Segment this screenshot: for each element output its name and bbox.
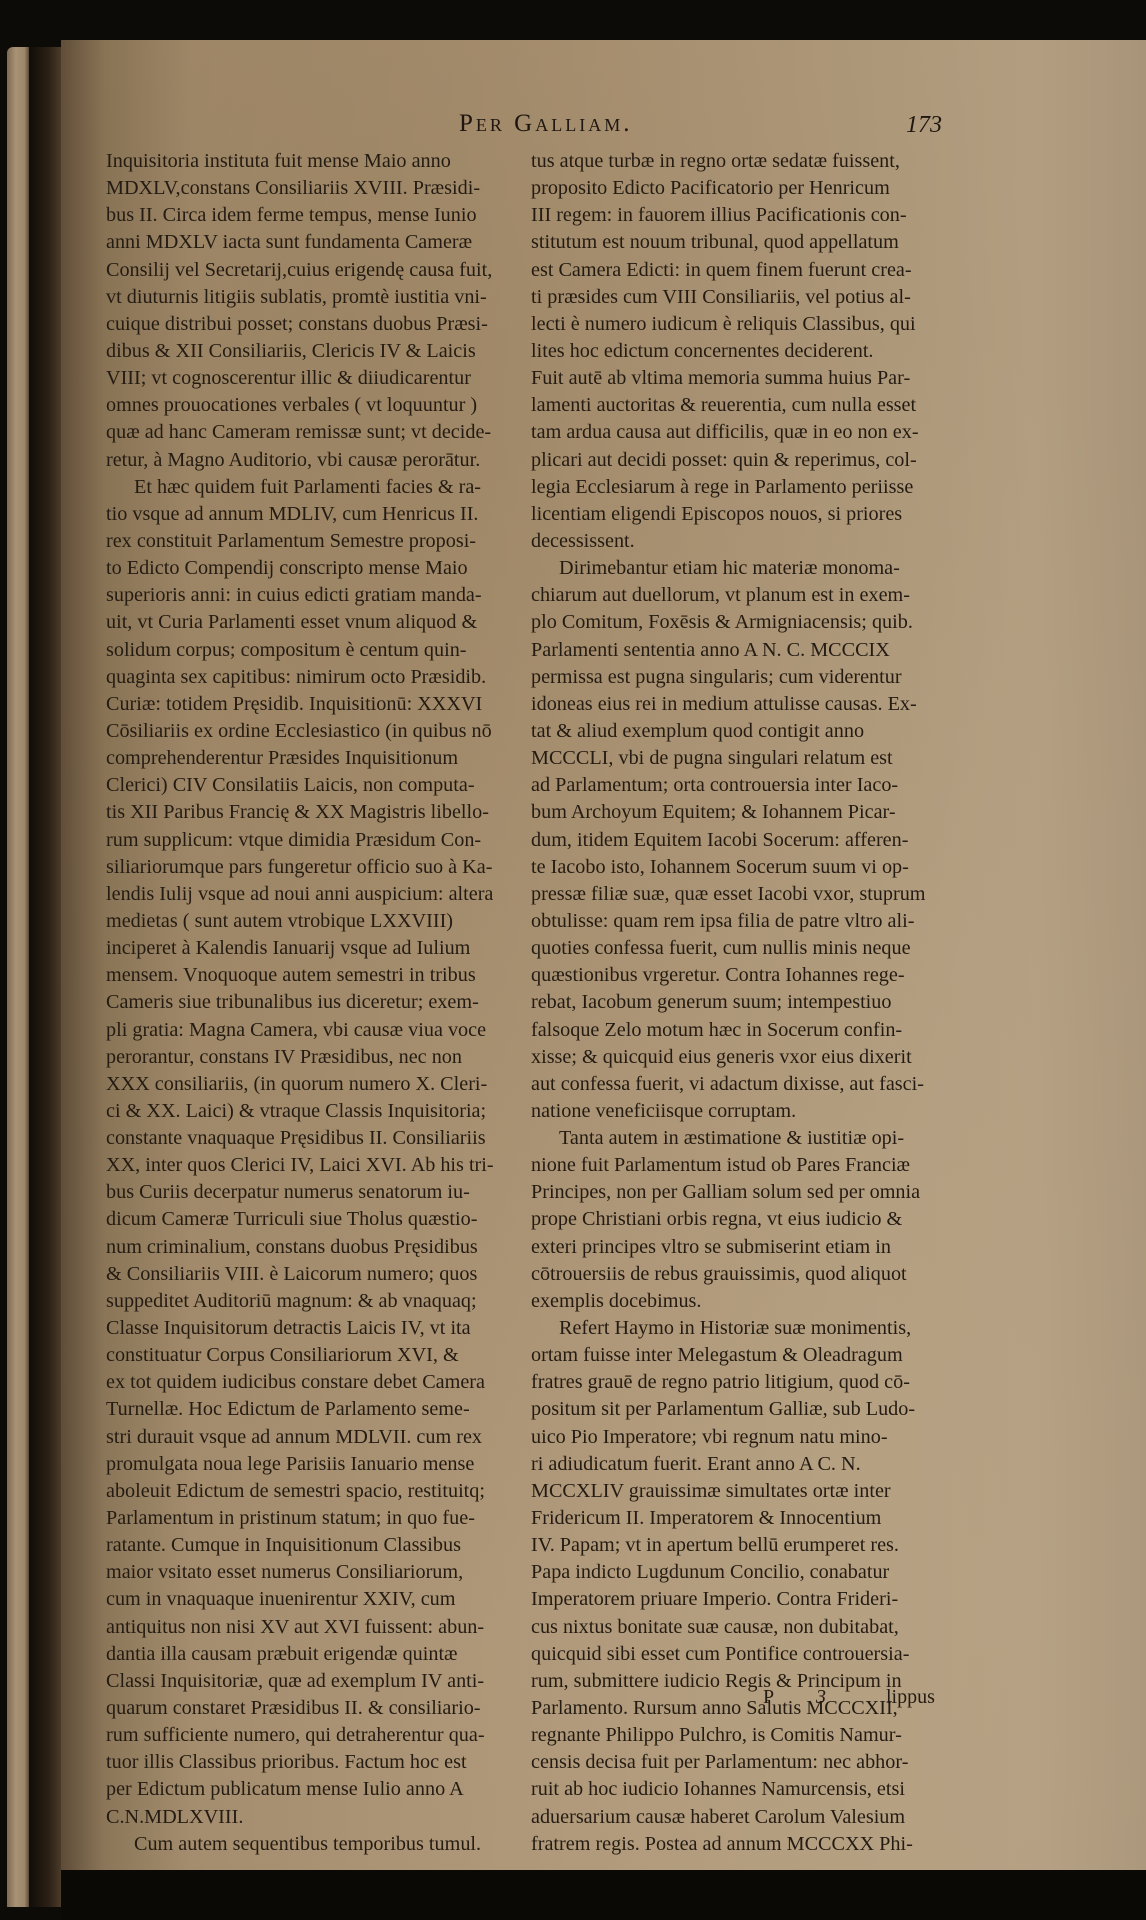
text-line: antiquitus non nisi XV aut XVI fuissent:…: [106, 1614, 516, 1641]
text-line: dibus & XII Consiliariis, Clericis IV & …: [106, 338, 516, 365]
running-title: Per Galliam.: [459, 110, 632, 138]
text-line: Cōsiliariis ex ordine Ecclesiastico (in …: [106, 718, 516, 745]
text-line: lendis Iulij vsque ad noui anni auspiciu…: [106, 881, 516, 908]
text-line: Inquisitoria instituta fuit mense Maio a…: [106, 148, 516, 175]
text-line: Fridericum II. Imperatorem & Innocentium: [531, 1505, 951, 1532]
text-line: ci & XX. Laici) & vtraque Classis Inquis…: [106, 1098, 516, 1125]
text-line: maior vsitato esset numerus Consiliarior…: [106, 1559, 516, 1586]
text-line: ad Parlamentum; orta controuersia inter …: [531, 772, 951, 799]
book-gutter-shadow: [29, 47, 61, 1907]
text-line: stitutum est nouum tribunal, quod appell…: [531, 229, 951, 256]
text-line: rex constituit Parlamentum Semestre prop…: [106, 528, 516, 555]
text-line: positum sit per Parlamentum Galliæ, sub …: [531, 1396, 951, 1423]
book-page: Per Galliam. 173 Inquisitoria instituta …: [61, 40, 1146, 1870]
text-line: retur, à Magno Auditorio, vbi causæ pero…: [106, 447, 516, 474]
text-line: uit, vt Curia Parlamenti esset vnum aliq…: [106, 609, 516, 636]
text-line: cuique distribui posset; constans duobus…: [106, 311, 516, 338]
text-line: Parlamenti sententia anno A N. C. MCCCIX: [531, 637, 951, 664]
text-line: ti præsides cum VIII Consiliariis, vel p…: [531, 284, 951, 311]
text-line: tat & aliud exemplum quod contigit anno: [531, 718, 951, 745]
text-line: Turnellæ. Hoc Edictum de Parlamento seme…: [106, 1396, 516, 1423]
text-line: aduersarium causæ haberet Carolum Valesi…: [531, 1804, 951, 1831]
signature-mark: P: [763, 1686, 774, 1709]
text-line: natione veneficiisque corruptam.: [531, 1098, 951, 1125]
text-line: MCCXLIV grauissimæ simultates ortæ inter: [531, 1478, 951, 1505]
scanned-book-spread: Per Galliam. 173 Inquisitoria instituta …: [0, 0, 1146, 1920]
text-line: quæ ad hanc Cameram remissæ sunt; vt dec…: [106, 419, 516, 446]
right-text-column: tus atque turbæ in regno ortæ sedatæ fui…: [531, 148, 951, 1858]
text-line: ri adiudicatum fuerit. Erant anno A C. N…: [531, 1451, 951, 1478]
text-line: MDXLV,constans Consiliariis XVIII. Præsi…: [106, 175, 516, 202]
text-line: cus nixtus bonitate suæ causæ, non dubit…: [531, 1614, 951, 1641]
text-line: quaginta sex capitibus: nimirum octo Præ…: [106, 664, 516, 691]
text-line: solidum corpus; compositum è centum quin…: [106, 637, 516, 664]
text-line: regnante Philippo Pulchro, is Comitis Na…: [531, 1722, 951, 1749]
page-number: 173: [906, 112, 942, 139]
text-line: bus Curiis decerpatur numerus senatorum …: [106, 1179, 516, 1206]
text-line: obtulisse: quam rem ipsa filia de patre …: [531, 908, 951, 935]
text-line: tio vsque ad annum MDLIV, cum Henricus I…: [106, 501, 516, 528]
text-line: rum sufficiente numero, qui detraherentu…: [106, 1722, 516, 1749]
text-line: suppeditet Auditoriū magnum: & ab vnaqua…: [106, 1288, 516, 1315]
text-line: quoties confessa fuerit, cum nullis mini…: [531, 935, 951, 962]
text-line: Refert Haymo in Historiæ suæ monimentis,: [531, 1315, 951, 1342]
text-line: idoneas eius rei in medium attulisse cau…: [531, 691, 951, 718]
text-line: Tanta autem in æstimatione & iustitiæ op…: [531, 1125, 951, 1152]
text-line: quarum constaret Præsidibus II. & consil…: [106, 1695, 516, 1722]
text-line: inciperet à Kalendis Ianuarij vsque ad I…: [106, 935, 516, 962]
text-line: falsoque Zelo motum hæc in Socerum confi…: [531, 1017, 951, 1044]
running-head: Per Galliam. 173: [61, 110, 1146, 140]
text-line: legia Ecclesiarum à rege in Parlamento p…: [531, 474, 951, 501]
text-line: dicum Cameræ Turriculi siue Tholus quæst…: [106, 1206, 516, 1233]
text-line: lamenti auctoritas & reuerentia, cum nul…: [531, 392, 951, 419]
text-line: censis decisa fuit per Parlamentum: nec …: [531, 1749, 951, 1776]
text-line: stri durauit vsque ad annum MDLVII. cum …: [106, 1424, 516, 1451]
text-line: fratrem regis. Postea ad annum MCCCXX Ph…: [531, 1831, 951, 1858]
text-line: Dirimebantur etiam hic materiæ monoma-: [531, 555, 951, 582]
text-line: bus II. Circa idem ferme tempus, mense I…: [106, 202, 516, 229]
scan-bottom-border: [61, 1870, 1146, 1920]
text-line: quæstionibus vrgeretur. Contra Iohannes …: [531, 962, 951, 989]
text-line: Cameris siue tribunalibus ius diceretur;…: [106, 989, 516, 1016]
text-line: Cum autem sequentibus temporibus tumul.: [106, 1831, 516, 1858]
text-line: omnes prouocationes verbales ( vt loquun…: [106, 392, 516, 419]
left-text-column: Inquisitoria instituta fuit mense Maio a…: [106, 148, 516, 1858]
text-line: plicari aut decidi posset: quin & reperi…: [531, 447, 951, 474]
text-line: aut confessa fuerit, vi adactum dixisse,…: [531, 1071, 951, 1098]
text-line: comprehenderentur Præsides Inquisitionum: [106, 745, 516, 772]
text-line: tam ardua causa aut difficilis, quæ in e…: [531, 419, 951, 446]
text-line: tus atque turbæ in regno ortæ sedatæ fui…: [531, 148, 951, 175]
text-line: promulgata noua lege Parisiis Ianuario m…: [106, 1451, 516, 1478]
text-line: rebat, Iacobum generum suum; intempestiu…: [531, 989, 951, 1016]
text-line: dantia illa causam præbuit erigendæ quin…: [106, 1641, 516, 1668]
text-line: XX, inter quos Clerici IV, Laici XVI. Ab…: [106, 1152, 516, 1179]
text-line: anni MDXLV iacta sunt fundamenta Cameræ: [106, 229, 516, 256]
text-line: Classe Inquisitorum detractis Laicis IV,…: [106, 1315, 516, 1342]
text-line: Consilij vel Secretarij,cuius erigendę c…: [106, 257, 516, 284]
text-line: Clerici) CIV Consilatiis Laicis, non com…: [106, 772, 516, 799]
text-line: tis XII Paribus Francię & XX Magistris l…: [106, 799, 516, 826]
text-line: uico Pio Imperatore; vbi regnum natu min…: [531, 1424, 951, 1451]
text-line: dum, itidem Equitem Iacobi Socerum: affe…: [531, 827, 951, 854]
text-line: XXX consiliariis, (in quorum numero X. C…: [106, 1071, 516, 1098]
text-line: ortam fuisse inter Melegastum & Oleadrag…: [531, 1342, 951, 1369]
text-line: ex tot quidem iudicibus constare debet C…: [106, 1369, 516, 1396]
text-line: constante vnaquaque Pręsidibus II. Consi…: [106, 1125, 516, 1152]
text-line: xisse; & quicquid eius generis vxor eius…: [531, 1044, 951, 1071]
text-line: siliariorumque pars fungeretur officio s…: [106, 854, 516, 881]
text-line: & Consiliariis VIII. è Laicorum numero; …: [106, 1261, 516, 1288]
text-line: Papa indicto Lugdunum Concilio, conabatu…: [531, 1559, 951, 1586]
text-line: est Camera Edicti: in quem finem fuerunt…: [531, 257, 951, 284]
text-line: mensem. Vnoquoque autem semestri in trib…: [106, 962, 516, 989]
text-line: te Iacobo isto, Iohannem Socerum suum vi…: [531, 854, 951, 881]
text-line: perorantur, constans IV Præsidibus, nec …: [106, 1044, 516, 1071]
text-line: pressæ filiæ suæ, quæ esset Iacobi vxor,…: [531, 881, 951, 908]
text-line: quicquid sibi esset cum Pontifice contro…: [531, 1641, 951, 1668]
text-line: ruit ab hoc iudicio Iohannes Namurcensis…: [531, 1776, 951, 1803]
text-line: Fuit autē ab vltima memoria summa huius …: [531, 365, 951, 392]
text-line: MCCCLI, vbi de pugna singulari relatum e…: [531, 745, 951, 772]
text-line: rum supplicum: vtque dimidia Præsidum Co…: [106, 827, 516, 854]
text-line: IV. Papam; vt in apertum bellū erumperet…: [531, 1532, 951, 1559]
text-line: Imperatorem priuare Imperio. Contra Frid…: [531, 1586, 951, 1613]
text-line: nione fuit Parlamentum istud ob Pares Fr…: [531, 1152, 951, 1179]
text-line: per Edictum publicatum mense Iulio anno …: [106, 1776, 516, 1803]
text-line: decessissent.: [531, 528, 951, 555]
text-line: pli gratia: Magna Camera, vbi causæ viua…: [106, 1017, 516, 1044]
text-line: fratres grauē de regno patrio litigium, …: [531, 1369, 951, 1396]
text-line: tuor illis Classibus prioribus. Factum h…: [106, 1749, 516, 1776]
text-line: num criminalium, constans duobus Pręsidi…: [106, 1234, 516, 1261]
text-line: to Edicto Compendij conscripto mense Mai…: [106, 555, 516, 582]
text-line: exemplis docebimus.: [531, 1288, 951, 1315]
text-line: cum in vnaquaque inuenirentur XXIV, cum: [106, 1586, 516, 1613]
text-line: VIII; vt cognoscerentur illic & diiudica…: [106, 365, 516, 392]
text-line: Et hæc quidem fuit Parlamenti facies & r…: [106, 474, 516, 501]
text-line: ratante. Cumque in Inquisitionum Classib…: [106, 1532, 516, 1559]
text-line: superioris anni: in cuius edicti gratiam…: [106, 582, 516, 609]
previous-page-edge: [7, 47, 29, 1907]
text-line: Principes, non per Galliam solum sed per…: [531, 1179, 951, 1206]
text-line: bum Archoyum Equitem; & Iohannem Picar-: [531, 799, 951, 826]
catchword: lippus: [886, 1686, 935, 1709]
text-line: C.N.MDLXVIII.: [106, 1804, 516, 1831]
text-line: cōtrouersiis de rebus grauissimis, quod …: [531, 1261, 951, 1288]
text-line: medietas ( sunt autem vtrobique LXXVIII): [106, 908, 516, 935]
text-line: exteri principes vltro se submiserint et…: [531, 1234, 951, 1261]
text-line: lites hoc edictum concernentes decideren…: [531, 338, 951, 365]
text-line: vt diuturnis litigiis sublatis, promtè i…: [106, 284, 516, 311]
text-line: Curiæ: totidem Pręsidib. Inquisitionū: X…: [106, 691, 516, 718]
text-line: permissa est pugna singularis; cum vider…: [531, 664, 951, 691]
signature-number: 3: [816, 1686, 826, 1709]
text-line: Classi Inquisitoriæ, quæ ad exemplum IV …: [106, 1668, 516, 1695]
text-line: licentiam eligendi Episcopos nouos, si p…: [531, 501, 951, 528]
text-line: chiarum aut duellorum, vt planum est in …: [531, 582, 951, 609]
text-line: constituatur Corpus Consiliariorum XVI, …: [106, 1342, 516, 1369]
text-line: aboleuit Edictum de semestri spacio, res…: [106, 1478, 516, 1505]
text-line: lecti è numero iudicum è reliquis Classi…: [531, 311, 951, 338]
text-line: III regem: in fauorem illius Pacificatio…: [531, 202, 951, 229]
text-line: plo Comitum, Foxēsis & Armigniacensis; q…: [531, 609, 951, 636]
text-line: prope Christiani orbis regna, vt eius iu…: [531, 1206, 951, 1233]
text-line: Parlamentum in pristinum statum; in quo …: [106, 1505, 516, 1532]
text-line: proposito Edicto Pacificatorio per Henri…: [531, 175, 951, 202]
